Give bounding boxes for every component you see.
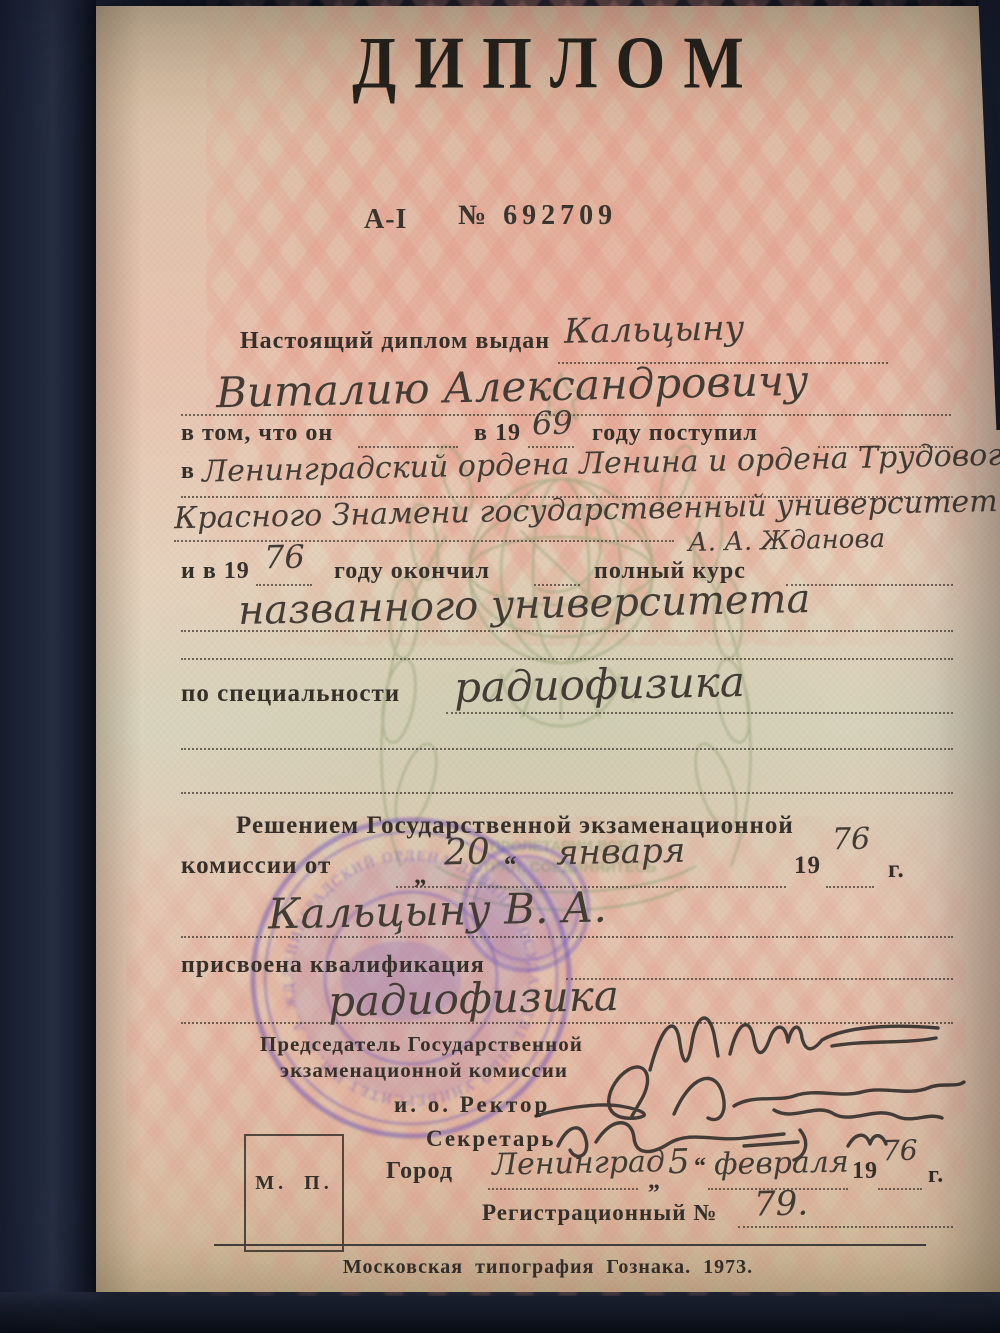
awardee-handwritten: Кальцыну В. А. (268, 882, 608, 938)
rector-label: и. о. Ректор (394, 1092, 550, 1118)
decision-line: Решением Государственной экзаменационной (236, 812, 794, 840)
year-graduated-label: году окончил (334, 558, 490, 585)
chairman-label-line2: экзаменационной комиссии (280, 1058, 568, 1083)
diploma-number: № 692709 (458, 200, 617, 232)
date-year-handwritten: 76 (882, 1134, 918, 1168)
registration-number-handwritten: 79. (754, 1183, 809, 1224)
university-line3-handwritten: А. А. Жданова (688, 524, 886, 558)
seal-place-box: М. П. (244, 1134, 344, 1252)
decision-month-handwritten: января (556, 831, 686, 874)
date-g-label: г. (928, 1162, 944, 1189)
decision-year19-label: 19 (794, 852, 821, 880)
specialty-handwritten: радиофизика (454, 657, 746, 712)
close-quote: “ (504, 852, 518, 880)
seal-place-label: М. П. (246, 1172, 342, 1195)
date-open-quote: „ (648, 1168, 661, 1195)
city-handwritten: Ленинград (492, 1144, 666, 1183)
in-prefix-label: в (181, 458, 195, 485)
date-year19-label: 19 (852, 1158, 878, 1185)
chairman-label-line1: Председатель Государственной (260, 1032, 583, 1057)
diploma-cover-left (0, 0, 96, 1333)
footer-rule (214, 1244, 926, 1246)
in-19-label: в 19 (474, 420, 521, 447)
specialty-label: по специальности (181, 680, 400, 708)
grad-year-handwritten: 76 (264, 538, 306, 577)
diploma-cover-bottom (0, 1292, 1000, 1333)
decision-day-handwritten: 20 (444, 832, 491, 874)
commission-from-label: комиссии от (181, 852, 331, 880)
and-in-19-label: и в 19 (181, 558, 250, 585)
city-label: Город (386, 1158, 453, 1185)
decision-year-handwritten: 76 (832, 822, 871, 858)
decision-g-label: г. (888, 856, 905, 884)
date-close-quote: “ (694, 1154, 707, 1181)
diploma-title: ДИПЛОМ (96, 20, 1000, 106)
issued-label: Настоящий диплом выдан (240, 328, 550, 355)
diploma-page: ПРОЛЕТАРИИ ВСЕХ СТРАН, СОЕДИНЯЙТЕСЬ ЛЕНИ… (96, 6, 1000, 1292)
printing-house-imprint: Московская типография Гознака. 1973. (96, 1256, 1000, 1279)
registration-label: Регистрационный № (482, 1200, 717, 1226)
entry-year-handwritten: 69 (532, 404, 574, 443)
date-month-handwritten: февраля (714, 1145, 849, 1183)
surname-handwritten: Кальцыну (564, 308, 745, 352)
qualification-handwritten: радиофизика (328, 971, 620, 1026)
that-he-label: в том, что он (181, 420, 333, 447)
diploma-series: А-I (364, 204, 407, 236)
date-day-handwritten: 5 (668, 1142, 690, 1182)
